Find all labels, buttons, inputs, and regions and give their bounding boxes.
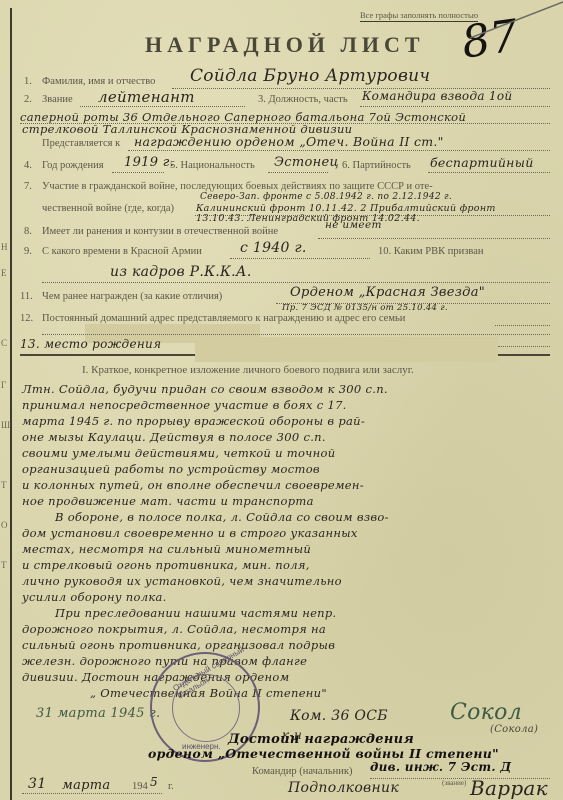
- war-participation-value-line3: 13.10.43. Ленинградский фронт 14.02.44.: [196, 213, 420, 224]
- section-1-heading: I. Краткое, конкретное изложение личного…: [82, 364, 414, 376]
- endorsement-line2: орденом „Отечественной войны II степени": [148, 746, 499, 761]
- redacted-birthplace-block: [195, 337, 498, 362]
- narrative-line: и колонных путей, он вполне обеспечил св…: [22, 477, 364, 493]
- narrative-line: дом установил своевременно и в строго ук…: [22, 525, 358, 541]
- previous-awards-order-note: Пр. 7 ЭСД № 0135/н от 25.10.44 г.: [282, 303, 448, 313]
- narrative-line: В обороне, в полосе полка, л. Сойдла со …: [55, 509, 389, 525]
- full-name-value: Сойдла Бруно Артурович: [190, 66, 430, 86]
- field-10-label: 10. Каким РВК призван: [378, 246, 483, 257]
- army-since-value: с 1940 г.: [240, 240, 307, 256]
- narrative-line: лично руководя их установкой, чем значит…: [22, 573, 342, 589]
- address-line: [42, 334, 550, 335]
- field-5-line: [268, 172, 328, 173]
- footer-year-prefix: 194: [132, 781, 148, 792]
- field-6-line: [428, 172, 550, 173]
- field-7-label-line1: Участие в гражданской войне, последующих…: [42, 181, 433, 192]
- narrative-date: 31 марта 1945 г.: [36, 706, 160, 721]
- draft-office-value: из кадров Р.К.К.А.: [110, 264, 252, 280]
- field-11-label: Чем ранее награжден (за какие отличия): [42, 291, 222, 302]
- position-value-line1: Командира взвода 1ой: [362, 89, 512, 103]
- footer-date-line: [22, 793, 162, 794]
- margin-glyph: О: [1, 520, 8, 530]
- narrative-line: принимал непосредственное участие в боях…: [22, 397, 347, 413]
- birthplace-line: [498, 346, 550, 347]
- margin-glyph: Ш: [1, 420, 10, 430]
- field-12-line: [495, 325, 550, 326]
- wounds-value: не имеет: [325, 219, 382, 231]
- rank-caption: (звание): [442, 779, 466, 787]
- field-5-label: 5. Национальность: [170, 160, 255, 171]
- narrative-line: оне мызы Каулаци. Действуя в полосе 300 …: [22, 429, 326, 445]
- birth-year-value: 1919 г.: [124, 155, 174, 170]
- endorsement-line1: Достоин награждения: [228, 732, 414, 747]
- field-8-label: Имеет ли ранения и контузии в отечествен…: [42, 226, 278, 237]
- nationality-value: Эстонец: [274, 155, 339, 170]
- document-title: НАГРАДНОЙ ЛИСТ: [145, 32, 425, 58]
- field-7-number: 7.: [24, 181, 32, 192]
- rank-value: лейтенант: [98, 88, 195, 106]
- field-2-line: [80, 106, 245, 107]
- footer-year-unit: г.: [168, 781, 174, 792]
- margin-glyph: Е: [1, 268, 7, 278]
- field-8-line: [318, 238, 550, 239]
- battalion-commander-signature: Сокол: [450, 700, 522, 725]
- field-10-line: [42, 282, 550, 283]
- field-4-line: [112, 172, 164, 173]
- birthplace-label: 13. место рождения: [20, 337, 161, 351]
- pencil-stroke-icon: [470, 0, 563, 40]
- war-participation-value-line1: Северо-Зап. фронте с 5.08.1942 г. по 2.1…: [200, 192, 452, 202]
- section-divider-left: [20, 354, 195, 356]
- field-9-line: [230, 258, 370, 259]
- party-value: беспартийный: [430, 155, 534, 170]
- field-3-line: [360, 106, 550, 107]
- field-1-label: Фамилия, имя и отчество: [42, 76, 155, 87]
- field-9-number: 9.: [24, 246, 32, 257]
- field-7-label-line2: чественной войне (где, когда): [42, 203, 174, 214]
- battalion-commander-title: Ком. 36 ОСБ: [290, 708, 388, 724]
- margin-glyph: Г: [1, 380, 6, 390]
- narrative-line: сильный огонь противника, организовал по…: [22, 637, 335, 653]
- narrative-line: и стрелковый огонь противника, мин. поля…: [22, 557, 310, 573]
- narrative-line: железн. дорожного пути на правом фланге: [22, 653, 307, 669]
- field-4-number: 4.: [24, 160, 32, 171]
- narrative-line: своими умелыми действиями, четкой и точн…: [22, 445, 335, 461]
- field-12-number: 12.: [20, 313, 33, 324]
- field-2-label: Звание: [42, 94, 73, 105]
- field-3-label: 3. Должность, часть: [258, 94, 348, 105]
- field-1-number: 1.: [24, 76, 32, 87]
- left-margin-line: [10, 8, 12, 800]
- footer-date-month: марта: [62, 778, 110, 793]
- field-2-number: 2.: [24, 94, 32, 105]
- narrative-line: марта 1945 г. по прорыву вражеской оборо…: [22, 413, 365, 429]
- field-9-label: С какого времени в Красной Армии: [42, 246, 202, 257]
- margin-glyph: Т: [1, 480, 7, 490]
- narrative-line: ное продвижение мат. части и транспорта: [22, 493, 314, 509]
- narrative-line: дорожного покрытия, л. Сойдла, несмотря …: [22, 621, 326, 637]
- field-12-label: Постоянный домашний адрес представляемог…: [42, 313, 405, 324]
- field-11-number: 11.: [20, 291, 33, 302]
- narrative-line: усилил оборону полка.: [22, 589, 167, 605]
- endorser-rank-value: Подполковник: [288, 780, 399, 796]
- footer-date-day: 31: [28, 776, 46, 792]
- field-4-label: Год рождения: [42, 160, 104, 171]
- division-engineer-unit: див. инж. 7 Эст. Д: [370, 760, 511, 774]
- commander-label: Командир (начальник): [252, 766, 352, 777]
- margin-glyph: Н: [1, 242, 8, 252]
- margin-glyph: Т: [1, 560, 7, 570]
- field-8-number: 8.: [24, 226, 32, 237]
- presented-for-line: [128, 150, 550, 151]
- section-divider-right: [498, 354, 550, 356]
- narrative-line: При преследовании нашими частями непр.: [55, 605, 337, 621]
- battalion-commander-name-caption: (Сокола): [490, 724, 538, 735]
- previous-awards-value: Орденом „Красная Звезда": [290, 285, 485, 300]
- award-requested-value: награждению орденом „Отеч. Война II ст.": [134, 134, 444, 149]
- margin-glyph: С: [1, 338, 7, 348]
- endorser-signature: Варрак: [470, 776, 548, 800]
- narrative-line: Лтн. Сойдла, будучи придан со своим взво…: [22, 381, 388, 397]
- footer-year-suffix: 5: [150, 775, 158, 789]
- field-6-label: 6. Партийность: [342, 160, 411, 171]
- narrative-line: местах, несмотря на сильный минометный: [22, 541, 311, 557]
- narrative-line: организацией работы по устройству мостов: [22, 461, 320, 477]
- presented-for-label: Представляется к: [42, 138, 120, 149]
